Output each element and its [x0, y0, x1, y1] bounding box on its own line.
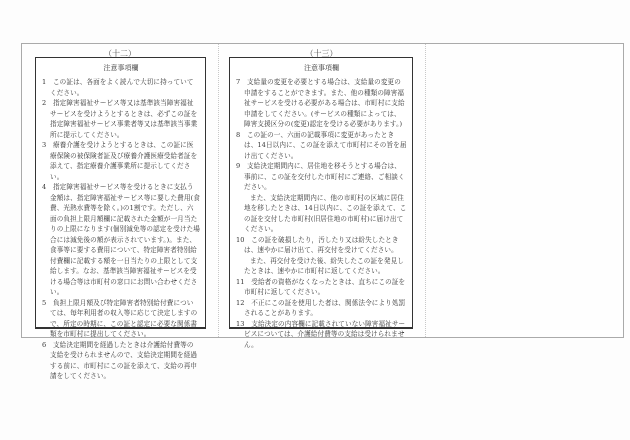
notice-box-12: 注意事項欄 1 この証は、各面をよく読んで大切に持っていてください。 2 指定障…	[35, 57, 206, 329]
notice-title: 注意事項欄	[236, 63, 407, 73]
empty-panel	[426, 44, 623, 337]
notice-title: 注意事項欄	[42, 63, 200, 73]
document-sheet: （十二） 注意事項欄 1 この証は、各面をよく読んで大切に持っていてください。 …	[21, 43, 624, 338]
notice-box-13: 注意事項欄 7 支給量の変更を必要とする場合は、支給量の変更の申請をすることがで…	[229, 57, 413, 329]
notice-item-9-sub: また、支給決定期間内に、他の市町村の区域に居住地を移したときは、14日以内に、こ…	[236, 193, 407, 235]
notice-item-10: 10 この証を破損したり，汚したり又は紛失したときは、速やかに届け出て、再交付を…	[236, 235, 407, 256]
notice-item-8: 8 この証の一、六面の記載事項に変更があったときは、14日以内に、この証を添えて…	[236, 130, 407, 162]
notice-item-12: 12 不正にこの証を使用した者は、関係法令により処罰されることがあります。	[236, 298, 407, 319]
notice-item-5: 5 負担上限月額及び特定障害者特別給付費については、毎年利用者の収入等に応じて決…	[42, 298, 200, 340]
notice-item-4: 4 指定障害福祉サービス等を受けるときに支払う金額は、指定障害福祉サービス等に要…	[42, 182, 200, 298]
notice-item-9: 9 支給決定期間内に、居住地を移そうとする場合は、事前に、この証を交付した市町村…	[236, 161, 407, 193]
notice-item-13: 13 支給決定の内容欄に記載されていない障害福祉サービスについては、介護給付費等…	[236, 319, 407, 351]
notice-item-7: 7 支給量の変更を必要とする場合は、支給量の変更の申請をすることができます。また…	[236, 77, 407, 130]
page-divider	[218, 44, 219, 337]
notice-item-3: 3 療養介護を受けようとするときは、この証に医療保険の被保険者証及び療養介護医療…	[42, 140, 200, 182]
notice-item-2: 2 指定障害福祉サービス等又は基準該当障害福祉サービスを受けようとするときは、必…	[42, 98, 200, 140]
notice-item-10-sub: また、再交付を受けた後、紛失したこの証を発見したときは、速やかに市町村に返してく…	[236, 256, 407, 277]
notice-item-1: 1 この証は、各面をよく読んで大切に持っていてください。	[42, 77, 200, 98]
notice-item-6: 6 支給決定期間を経過したときは介護給付費等の支給を受けられませんので、支給決定…	[42, 340, 200, 382]
notice-item-11: 11 受給者の資格がなくなったときは、直ちにこの証を市町村に返してください。	[236, 277, 407, 298]
